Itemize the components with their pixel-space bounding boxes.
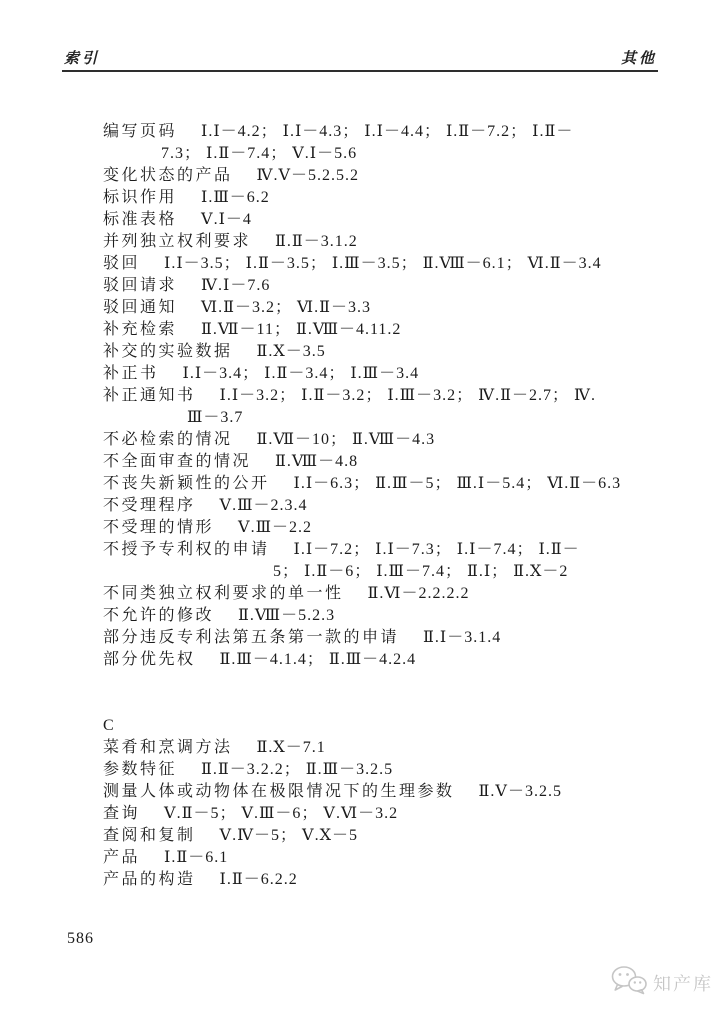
index-entry: 测量人体或动物体在极限情况下的生理参数Ⅱ.Ⅴ－3.2.5	[103, 781, 668, 803]
entry-refs: Ⅱ.Ⅹ－7.1	[257, 739, 326, 756]
entry-term: 参数特征	[103, 761, 177, 778]
index-entry: 参数特征Ⅱ.Ⅱ－3.2.2； Ⅱ.Ⅲ－3.2.5	[103, 759, 668, 781]
index-entry: 驳回请求Ⅳ.Ⅰ－7.6	[103, 275, 668, 297]
section-letter: C	[103, 715, 668, 737]
index-entry: 不必检索的情况Ⅱ.Ⅶ－10； Ⅱ.Ⅷ－4.3	[103, 429, 668, 451]
index-entry: 产品Ⅰ.Ⅱ－6.1	[103, 847, 668, 869]
entry-term: 标准表格	[103, 211, 177, 228]
entry-refs: Ⅱ.Ⅴ－3.2.5	[479, 783, 562, 800]
index-entry: 产品的构造Ⅰ.Ⅱ－6.2.2	[103, 869, 668, 891]
index-entry: 变化状态的产品Ⅳ.Ⅴ－5.2.5.2	[103, 165, 668, 187]
entry-term: 不受理的情形	[103, 519, 214, 536]
entry-refs: Ⅱ.Ⅲ－4.1.4； Ⅱ.Ⅲ－4.2.4	[220, 651, 417, 668]
entry-term: 查阅和复制	[103, 827, 196, 844]
entry-refs: Ⅰ.Ⅰ－7.2； Ⅰ.Ⅰ－7.3； Ⅰ.Ⅰ－7.4； Ⅰ.Ⅱ－	[294, 541, 580, 558]
entry-term: 菜肴和烹调方法	[103, 739, 233, 756]
entry-refs: Ⅴ.Ⅰ－4	[201, 211, 252, 228]
entry-refs: Ⅰ.Ⅰ－3.4； Ⅰ.Ⅱ－3.4； Ⅰ.Ⅲ－3.4	[183, 365, 420, 382]
index-entry: 补正书Ⅰ.Ⅰ－3.4； Ⅰ.Ⅱ－3.4； Ⅰ.Ⅲ－3.4	[103, 363, 668, 385]
entry-term: 查询	[103, 805, 140, 822]
entry-term: 补正通知书	[103, 387, 196, 404]
index-entry: 不受理的情形Ⅴ.Ⅲ－2.2	[103, 517, 668, 539]
index-entry: 驳回Ⅰ.Ⅰ－3.5； Ⅰ.Ⅱ－3.5； Ⅰ.Ⅲ－3.5； Ⅱ.Ⅷ－6.1； Ⅵ.…	[103, 253, 668, 275]
entry-term: 部分优先权	[103, 651, 196, 668]
index-entry: 补充检索Ⅱ.Ⅶ－11； Ⅱ.Ⅷ－4.11.2	[103, 319, 668, 341]
entry-term: 不受理程序	[103, 497, 196, 514]
entry-refs: Ⅲ－3.7	[187, 409, 243, 426]
entry-refs: Ⅰ.Ⅰ－3.2； Ⅰ.Ⅱ－3.2； Ⅰ.Ⅲ－3.2； Ⅳ.Ⅱ－2.7； Ⅳ.	[220, 387, 596, 404]
index-entry: 不授予专利权的申请Ⅰ.Ⅰ－7.2； Ⅰ.Ⅰ－7.3； Ⅰ.Ⅰ－7.4； Ⅰ.Ⅱ－	[103, 539, 668, 561]
entry-refs: Ⅱ.Ⅵ－2.2.2.2	[368, 585, 470, 602]
entry-refs: Ⅱ.Ⅷ－4.8	[275, 453, 358, 470]
entry-term: 测量人体或动物体在极限情况下的生理参数	[103, 783, 455, 800]
entry-refs: Ⅰ.Ⅰ－4.2； Ⅰ.Ⅰ－4.3； Ⅰ.Ⅰ－4.4； Ⅰ.Ⅱ－7.2； Ⅰ.Ⅱ－	[201, 123, 573, 140]
entry-refs: Ⅳ.Ⅰ－7.6	[201, 277, 270, 294]
section-gap	[103, 671, 668, 715]
index-entry: 补交的实验数据Ⅱ.Ⅹ－3.5	[103, 341, 668, 363]
entry-refs: 5； Ⅰ.Ⅱ－6； Ⅰ.Ⅲ－7.4； Ⅱ.Ⅰ； Ⅱ.Ⅹ－2	[273, 563, 568, 580]
entry-term: 不同类独立权利要求的单一性	[103, 585, 344, 602]
entry-term: 不必检索的情况	[103, 431, 233, 448]
entry-term: 不全面审查的情况	[103, 453, 251, 470]
watermark-text: 知产库	[653, 970, 713, 996]
entry-term: 补交的实验数据	[103, 343, 233, 360]
entry-refs: Ⅴ.Ⅲ－2.3.4	[220, 497, 308, 514]
index-entry: 标识作用Ⅰ.Ⅲ－6.2	[103, 187, 668, 209]
header-left-label: 索引	[64, 47, 100, 68]
entry-term: 驳回通知	[103, 299, 177, 316]
header-rule	[62, 70, 658, 72]
index-entry: 菜肴和烹调方法Ⅱ.Ⅹ－7.1	[103, 737, 668, 759]
entry-refs: Ⅴ.Ⅳ－5； Ⅴ.Ⅹ－5	[220, 827, 359, 844]
index-entry: 查阅和复制Ⅴ.Ⅳ－5； Ⅴ.Ⅹ－5	[103, 825, 668, 847]
index-entry: 补正通知书Ⅰ.Ⅰ－3.2； Ⅰ.Ⅱ－3.2； Ⅰ.Ⅲ－3.2； Ⅳ.Ⅱ－2.7；…	[103, 385, 668, 407]
index-page: 索引 其他 编写页码Ⅰ.Ⅰ－4.2； Ⅰ.Ⅰ－4.3； Ⅰ.Ⅰ－4.4； Ⅰ.Ⅱ…	[0, 0, 720, 1018]
index-entry-continuation: 7.3； Ⅰ.Ⅱ－7.4； Ⅴ.Ⅰ－5.6	[103, 143, 668, 165]
index-entry: 标准表格Ⅴ.Ⅰ－4	[103, 209, 668, 231]
index-entry: 驳回通知Ⅵ.Ⅱ－3.2； Ⅵ.Ⅱ－3.3	[103, 297, 668, 319]
entry-refs: Ⅱ.Ⅶ－10； Ⅱ.Ⅷ－4.3	[257, 431, 436, 448]
entry-refs: Ⅵ.Ⅱ－3.2； Ⅵ.Ⅱ－3.3	[201, 299, 371, 316]
header-right-label: 其他	[621, 47, 657, 68]
entry-term: 产品	[103, 849, 140, 866]
entry-term: 并列独立权利要求	[103, 233, 251, 250]
entry-term: 不授予专利权的申请	[103, 541, 270, 558]
entry-refs: Ⅳ.Ⅴ－5.2.5.2	[257, 167, 360, 184]
entry-term: 变化状态的产品	[103, 167, 233, 184]
entry-refs: Ⅱ.Ⅱ－3.1.2	[275, 233, 358, 250]
watermark: 知产库	[610, 964, 713, 1001]
entry-term: 补正书	[103, 365, 159, 382]
index-entry-continuation: Ⅲ－3.7	[103, 407, 668, 429]
index-entry: 并列独立权利要求Ⅱ.Ⅱ－3.1.2	[103, 231, 668, 253]
entry-term: 不允许的修改	[103, 607, 214, 624]
entry-term: 产品的构造	[103, 871, 196, 888]
index-entry: 不允许的修改Ⅱ.Ⅷ－5.2.3	[103, 605, 668, 627]
index-entry: 不全面审查的情况Ⅱ.Ⅷ－4.8	[103, 451, 668, 473]
index-entry: 部分违反专利法第五条第一款的申请Ⅱ.Ⅰ－3.1.4	[103, 627, 668, 649]
index-entry: 不受理程序Ⅴ.Ⅲ－2.3.4	[103, 495, 668, 517]
entry-refs: Ⅰ.Ⅲ－6.2	[201, 189, 270, 206]
entry-term: 驳回请求	[103, 277, 177, 294]
entry-refs: Ⅰ.Ⅰ－6.3； Ⅱ.Ⅲ－5； Ⅲ.Ⅰ－5.4； Ⅵ.Ⅱ－6.3	[294, 475, 622, 492]
entry-refs: Ⅰ.Ⅱ－6.2.2	[220, 871, 298, 888]
entry-refs: Ⅰ.Ⅰ－3.5； Ⅰ.Ⅱ－3.5； Ⅰ.Ⅲ－3.5； Ⅱ.Ⅷ－6.1； Ⅵ.Ⅱ－…	[164, 255, 602, 272]
index-list: 编写页码Ⅰ.Ⅰ－4.2； Ⅰ.Ⅰ－4.3； Ⅰ.Ⅰ－4.4； Ⅰ.Ⅱ－7.2； …	[103, 121, 668, 891]
entry-refs: Ⅴ.Ⅱ－5； Ⅴ.Ⅲ－6； Ⅴ.Ⅵ－3.2	[164, 805, 398, 822]
wechat-icon	[610, 964, 648, 1001]
entry-term: 部分违反专利法第五条第一款的申请	[103, 629, 399, 646]
index-entry: 部分优先权Ⅱ.Ⅲ－4.1.4； Ⅱ.Ⅲ－4.2.4	[103, 649, 668, 671]
index-entry: 不同类独立权利要求的单一性Ⅱ.Ⅵ－2.2.2.2	[103, 583, 668, 605]
page-header: 索引 其他	[64, 47, 657, 68]
index-entry: 编写页码Ⅰ.Ⅰ－4.2； Ⅰ.Ⅰ－4.3； Ⅰ.Ⅰ－4.4； Ⅰ.Ⅱ－7.2； …	[103, 121, 668, 143]
entry-refs: Ⅱ.Ⅹ－3.5	[257, 343, 326, 360]
entry-term: 不丧失新颖性的公开	[103, 475, 270, 492]
entry-term: 编写页码	[103, 123, 177, 140]
entry-term: 标识作用	[103, 189, 177, 206]
index-entry: 不丧失新颖性的公开Ⅰ.Ⅰ－6.3； Ⅱ.Ⅲ－5； Ⅲ.Ⅰ－5.4； Ⅵ.Ⅱ－6.…	[103, 473, 668, 495]
entry-term: 补充检索	[103, 321, 177, 338]
entry-refs: Ⅱ.Ⅱ－3.2.2； Ⅱ.Ⅲ－3.2.5	[201, 761, 393, 778]
entry-refs: Ⅱ.Ⅷ－5.2.3	[238, 607, 335, 624]
index-entry-continuation: 5； Ⅰ.Ⅱ－6； Ⅰ.Ⅲ－7.4； Ⅱ.Ⅰ； Ⅱ.Ⅹ－2	[103, 561, 668, 583]
index-entry: 查询Ⅴ.Ⅱ－5； Ⅴ.Ⅲ－6； Ⅴ.Ⅵ－3.2	[103, 803, 668, 825]
entry-refs: Ⅱ.Ⅰ－3.1.4	[423, 629, 501, 646]
entry-refs: Ⅰ.Ⅱ－6.1	[164, 849, 228, 866]
entry-refs: Ⅱ.Ⅶ－11； Ⅱ.Ⅷ－4.11.2	[201, 321, 401, 338]
entry-refs: Ⅴ.Ⅲ－2.2	[238, 519, 312, 536]
entry-refs: 7.3； Ⅰ.Ⅱ－7.4； Ⅴ.Ⅰ－5.6	[161, 145, 357, 162]
page-number: 586	[67, 930, 94, 948]
entry-term: 驳回	[103, 255, 140, 272]
